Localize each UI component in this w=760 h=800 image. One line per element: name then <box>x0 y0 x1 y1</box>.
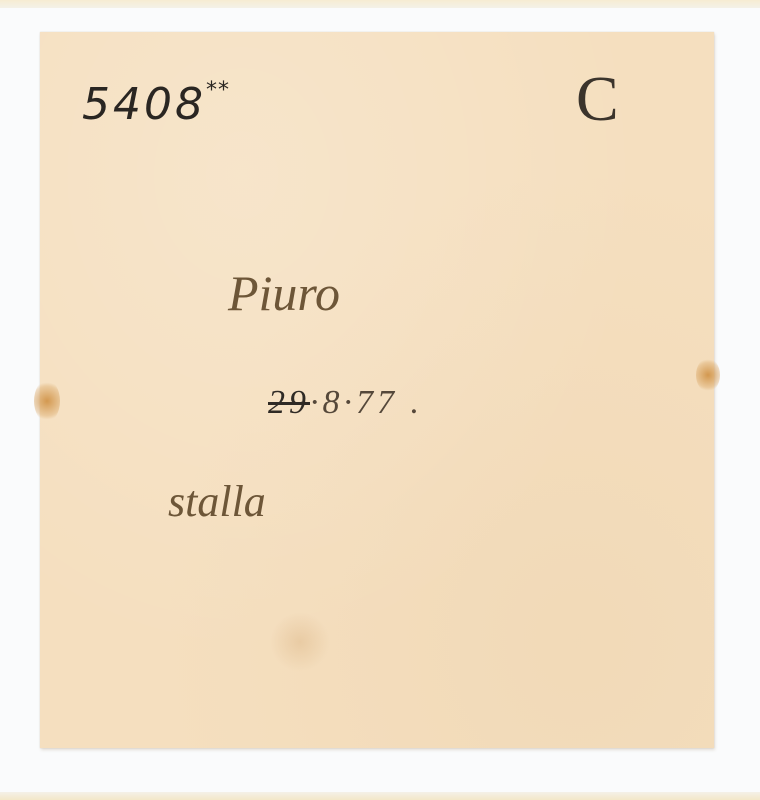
bottom-edge-strip <box>0 792 760 800</box>
accession-digits: 5408 <box>82 79 206 130</box>
foxing-spots <box>270 612 330 672</box>
habitat-text: stalla <box>168 476 266 527</box>
top-edge-strip <box>0 0 760 8</box>
accession-number: 5408** <box>82 78 230 130</box>
specimen-label-paper: 5408** C Piuro 29·8·77 . stalla <box>40 32 714 748</box>
locality-text: Piuro <box>228 264 340 322</box>
date-remainder: ·8·77 <box>310 384 398 421</box>
accession-marks: ** <box>206 78 230 103</box>
collection-date: 29·8·77 . <box>268 384 423 422</box>
date-corrected-digits: 29 <box>268 384 310 421</box>
corner-mark: C <box>576 62 619 136</box>
left-stain-mark <box>34 380 60 422</box>
date-trailing-dot: . <box>411 384 424 421</box>
right-stain-mark <box>696 358 720 392</box>
